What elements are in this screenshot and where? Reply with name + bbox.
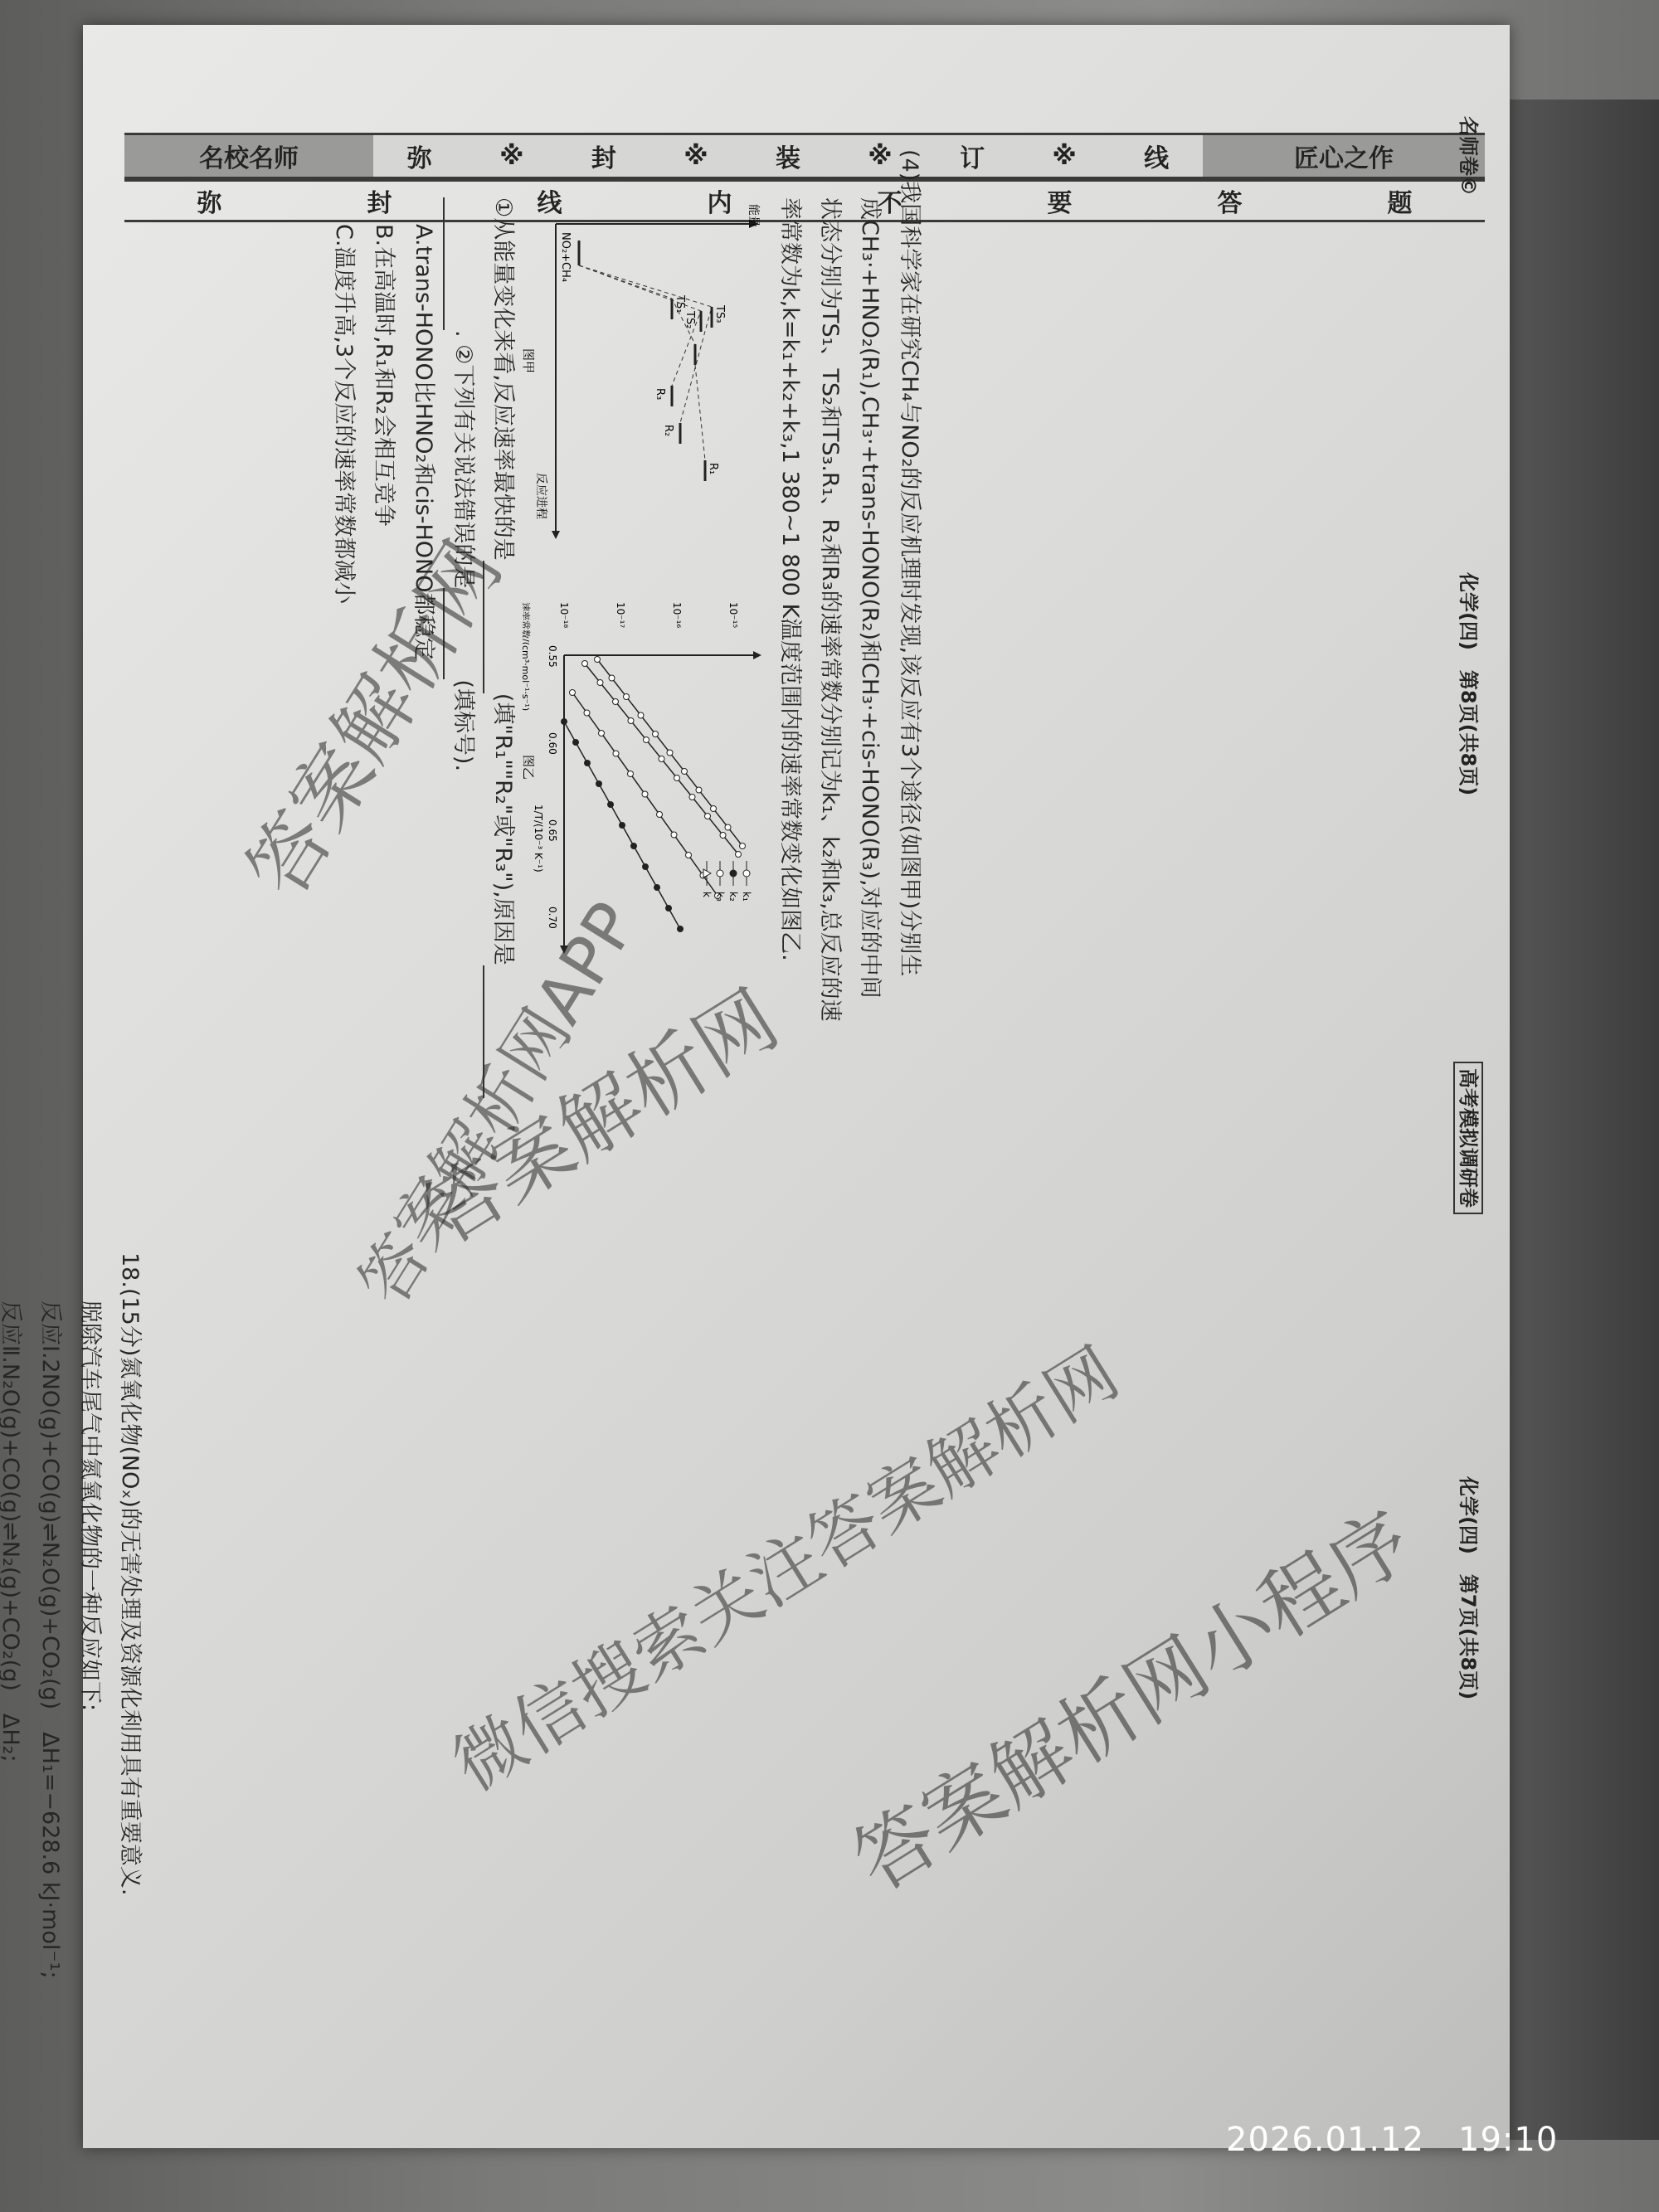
q18-part4-line2: 成CH₃·+HNO₂(R₁),CH₃·+trans-HONO(R₂)和CH₃·+… (849, 149, 889, 1145)
watermark: 答案解析网小程序 (829, 1479, 1430, 1913)
q18-intro: 脱除汽车尾气中氮氧化物的一种反应如下: (70, 1252, 109, 2123)
energy-diagram: 能量 反应进程 NO₂+CH₄ TS₁ TS₂ TS₃ R₃ R₂ R₁ 图甲 (523, 199, 763, 547)
svg-text:10⁻¹⁸: 10⁻¹⁸ (558, 602, 570, 628)
svg-text:图乙: 图乙 (523, 755, 536, 780)
svg-text:反应进程: 反应进程 (534, 473, 547, 519)
answer-blank[interactable] (443, 197, 468, 330)
svg-text:10⁻¹⁷: 10⁻¹⁷ (615, 602, 626, 628)
svg-text:R₂: R₂ (662, 425, 674, 436)
svg-text:0.60: 0.60 (547, 732, 558, 755)
brand-footer: 名师卷© (1456, 116, 1485, 196)
reaction-2: 反应Ⅱ.N₂O(g)+CO(g)⇌N₂(g)+CO₂(g) ΔH₂; (0, 1252, 30, 2123)
svg-text:能量: 能量 (747, 204, 761, 227)
svg-text:k₁: k₁ (741, 892, 752, 902)
svg-text:10⁻¹⁶: 10⁻¹⁶ (671, 602, 683, 628)
q18-part4-line3: 状态分别为TS₁、TS₂和TS₃.R₁、R₂和R₃的速率常数分别记为k₁、k₂和… (810, 149, 849, 1145)
exam-paper: 名校名师 弥 ※ 封 ※ 装 ※ 订 ※ 线 匠心之作 弥 封 线 内 不 要 … (83, 25, 1510, 2148)
svg-text:TS₃: TS₃ (713, 304, 726, 323)
q18-part4-line1: (4)我国科学家在研究CH₄与NO₂的反应机理时发现,该反应有3个途径(如图甲)… (889, 149, 929, 1145)
svg-text:0.55: 0.55 (547, 645, 558, 668)
page-number-7: 化学(四) 第7页(共8页) (1456, 1476, 1485, 1699)
page7-column: 18.(15分)氮氧化物(NOₓ)的无害处理及资源化利用具有重要意义. 脱除汽车… (0, 1252, 149, 2123)
svg-text:1/T/(10⁻³ K⁻¹): 1/T/(10⁻³ K⁻¹) (533, 805, 544, 873)
photo-timestamp: 2026.01.12 19:10 (1226, 2113, 1558, 2161)
svg-text:0.65: 0.65 (547, 819, 558, 842)
svg-text:R₃: R₃ (654, 388, 666, 400)
page-number-8: 化学(四) 第8页(共8页) (1456, 572, 1485, 795)
svg-text:k₃: k₃ (714, 892, 726, 902)
svg-text:图甲: 图甲 (523, 348, 536, 373)
brand-right: 匠心之作 (1203, 135, 1485, 177)
svg-text:R₁: R₁ (707, 463, 719, 474)
svg-text:10⁻¹⁵: 10⁻¹⁵ (727, 602, 739, 628)
svg-text:NO₂+CH₄: NO₂+CH₄ (559, 232, 572, 282)
svg-text:k: k (701, 892, 713, 897)
background-edge (1510, 100, 1659, 2140)
q18-part4-line4: 率常数为k,k=k₁+k₂+k₃,1 380~1 800 K温度范围内的速率常数… (770, 149, 810, 1145)
svg-text:k₂: k₂ (727, 892, 739, 902)
series-label: 高考模拟调研卷 (1456, 1062, 1485, 1214)
svg-text:速率常数/(cm³·mol⁻¹·s⁻¹): 速率常数/(cm³·mol⁻¹·s⁻¹) (523, 602, 532, 711)
svg-text:TS₂: TS₂ (684, 310, 696, 328)
q18-title: 18.(15分)氮氧化物(NOₓ)的无害处理及资源化利用具有重要意义. (109, 1252, 149, 2123)
reaction-1: 反应Ⅰ.2NO(g)+CO(g)⇌N₂O(g)+CO₂(g) ΔH₁=−628.… (30, 1252, 70, 2123)
